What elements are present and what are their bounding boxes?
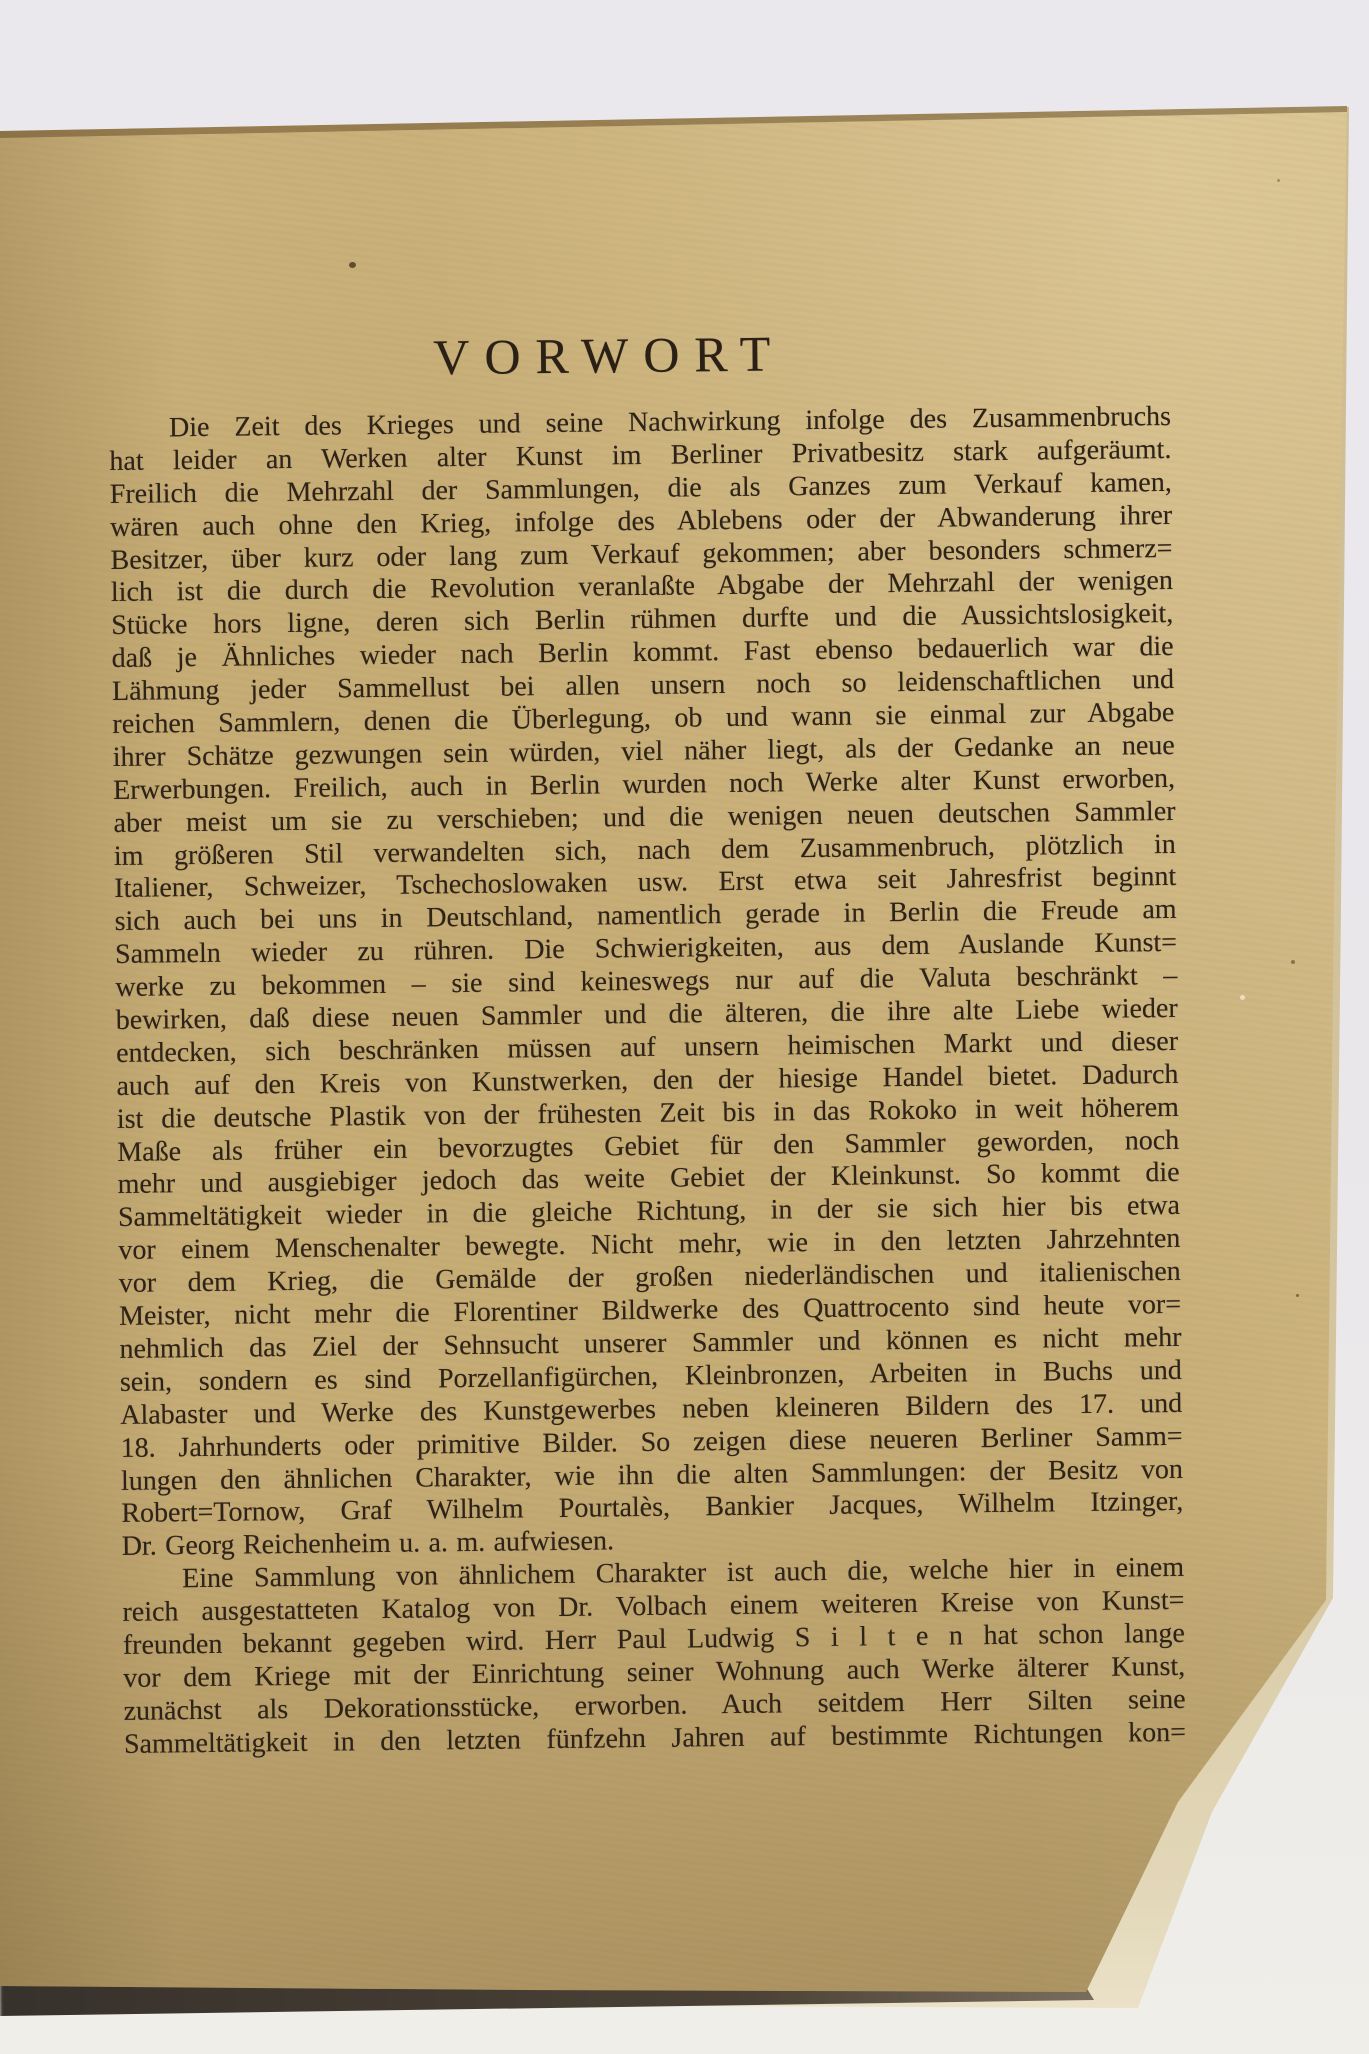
body-text: Die Zeit des Krieges und seine Nachwirku… xyxy=(109,401,1186,1761)
paper-speck xyxy=(349,262,356,268)
page-title: VORWORT xyxy=(78,323,1141,387)
paper-speck xyxy=(1296,1294,1299,1297)
book-page: VORWORT Die Zeit des Krieges und seine N… xyxy=(0,0,1369,2054)
paper-speck xyxy=(1291,960,1295,964)
paper-speck xyxy=(1240,995,1245,1000)
photo-frame: VORWORT Die Zeit des Krieges und seine N… xyxy=(0,0,1369,2054)
paper-speck xyxy=(1277,179,1280,182)
page-content: VORWORT Die Zeit des Krieges und seine N… xyxy=(108,323,1186,1761)
